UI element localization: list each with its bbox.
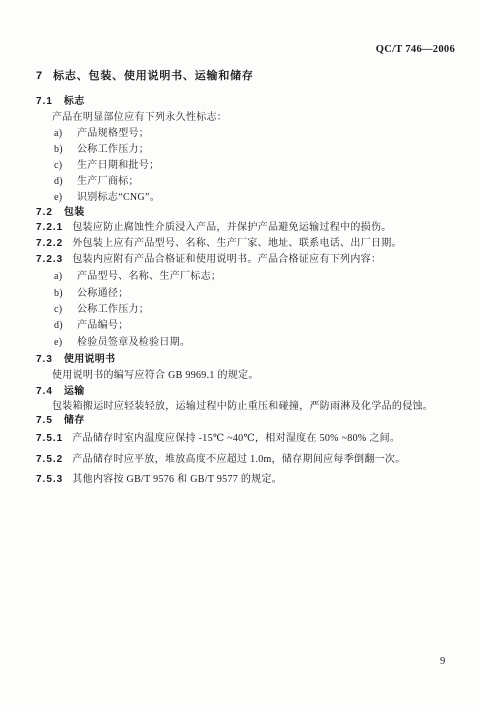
clause-7-2-number: 7.2 <box>36 207 53 218</box>
clause-7-3-body: 使用说明书的编写应符合 GB 9969.1 的规定。 <box>52 369 259 382</box>
clause-7-4-heading: 7.4运输 <box>36 385 85 398</box>
list-item: b)公称通径； <box>54 287 129 300</box>
list-item: b)公称工作压力； <box>54 143 149 156</box>
list-text: 生产厂商标； <box>77 176 139 187</box>
document-page: QC/T 746—2006 7标志、包装、使用说明书、运输和储存 7.1标志 产… <box>0 0 481 706</box>
clause-7-3-heading: 7.3使用说明书 <box>36 353 115 366</box>
clause-7-1-heading: 7.1标志 <box>36 95 85 108</box>
clause-7-2-1-number: 7.2.1 <box>36 222 63 233</box>
clause-7-5-3-text: 其他内容按 GB/T 9576 和 GB/T 9577 的规定。 <box>72 474 282 485</box>
clause-7-4-body: 包装箱搬运时应轻装轻放，运输过程中防止重压和碰撞，严防雨淋及化学品的侵蚀。 <box>52 400 433 413</box>
list-marker: b) <box>54 143 77 156</box>
clause-7-5-2-number: 7.5.2 <box>36 454 63 465</box>
clause-7-5-title: 储存 <box>64 415 85 426</box>
section-7-heading: 7标志、包装、使用说明书、运输和储存 <box>36 70 254 83</box>
list-item: c)公称工作压力； <box>54 303 149 316</box>
clause-7-2-3: 7.2.3包装内应附有产品合格证和使用说明书。产品合格证应有下列内容： <box>36 253 381 266</box>
clause-7-2-heading: 7.2包装 <box>36 206 85 219</box>
page-number: 9 <box>440 656 445 667</box>
clause-7-2-2-text: 外包装上应有产品型号、名称、生产厂家、地址、联系电话、出厂日期。 <box>72 238 402 249</box>
clause-7-2-2: 7.2.2外包装上应有产品型号、名称、生产厂家、地址、联系电话、出厂日期。 <box>36 237 402 250</box>
list-item: d)产品编号； <box>54 319 129 332</box>
clause-7-5-number: 7.5 <box>36 415 53 426</box>
list-marker: a) <box>54 127 77 140</box>
list-item: d)生产厂商标； <box>54 175 139 188</box>
clause-7-2-1-text: 包装应防止腐蚀性介质浸入产品，并保护产品避免运输过程中的损伤。 <box>72 222 391 233</box>
clause-7-4-title: 运输 <box>64 386 85 397</box>
list-marker: a) <box>54 270 77 283</box>
list-text: 产品规格型号； <box>77 128 149 139</box>
section-number: 7 <box>36 70 42 82</box>
clause-7-1-intro: 产品在明显部位应有下列永久性标志： <box>52 111 227 124</box>
list-text: 生产日期和批号； <box>77 160 159 171</box>
list-item: e)识别标志“CNG”。 <box>54 191 160 204</box>
clause-7-5-3: 7.5.3其他内容按 GB/T 9576 和 GB/T 9577 的规定。 <box>36 473 282 486</box>
clause-7-5-1-number: 7.5.1 <box>36 433 63 444</box>
list-text: 产品型号、名称、生产厂标志； <box>77 271 221 282</box>
clause-7-3-number: 7.3 <box>36 354 53 365</box>
list-text: 检验员签章及检验日期。 <box>77 337 190 348</box>
clause-7-5-3-number: 7.5.3 <box>36 474 63 485</box>
clause-7-1-number: 7.1 <box>36 96 53 107</box>
clause-7-4-number: 7.4 <box>36 386 53 397</box>
clause-7-2-1: 7.2.1包装应防止腐蚀性介质浸入产品，并保护产品避免运输过程中的损伤。 <box>36 221 392 234</box>
list-marker: c) <box>54 303 77 316</box>
list-marker: c) <box>54 159 77 172</box>
clause-7-2-3-number: 7.2.3 <box>36 254 63 265</box>
list-marker: d) <box>54 175 77 188</box>
section-title: 标志、包装、使用说明书、运输和储存 <box>53 70 254 82</box>
clause-7-2-3-text: 包装内应附有产品合格证和使用说明书。产品合格证应有下列内容： <box>72 254 381 265</box>
list-item: a)产品型号、名称、生产厂标志； <box>54 270 221 283</box>
clause-7-5-heading: 7.5储存 <box>36 414 85 427</box>
clause-7-2-title: 包装 <box>64 207 85 218</box>
list-text: 公称通径； <box>77 288 129 299</box>
clause-7-2-2-number: 7.2.2 <box>36 238 63 249</box>
running-header-standard-code: QC/T 746—2006 <box>376 44 455 55</box>
list-marker: e) <box>54 191 77 204</box>
list-text: 公称工作压力； <box>77 144 149 155</box>
list-text: 识别标志“CNG”。 <box>77 192 160 203</box>
clause-7-5-2: 7.5.2产品储存时应平放，堆放高度不应超过 1.0m，储存期间应每季倒翻一次。 <box>36 453 406 466</box>
list-marker: d) <box>54 319 77 332</box>
list-item: c)生产日期和批号； <box>54 159 159 172</box>
clause-7-3-title: 使用说明书 <box>64 354 116 365</box>
list-marker: b) <box>54 287 77 300</box>
list-item: a)产品规格型号； <box>54 127 149 140</box>
clause-7-5-1: 7.5.1产品储存时室内温度应保持 -15℃ ~40℃，相对湿度在 50% ~8… <box>36 432 400 445</box>
clause-7-5-1-text: 产品储存时室内温度应保持 -15℃ ~40℃，相对湿度在 50% ~80% 之间… <box>72 433 400 444</box>
list-marker: e) <box>54 336 77 349</box>
list-text: 产品编号； <box>77 320 129 331</box>
clause-7-5-2-text: 产品储存时应平放，堆放高度不应超过 1.0m，储存期间应每季倒翻一次。 <box>72 454 405 465</box>
list-item: e)检验员签章及检验日期。 <box>54 336 190 349</box>
clause-7-1-title: 标志 <box>64 96 85 107</box>
list-text: 公称工作压力； <box>77 304 149 315</box>
